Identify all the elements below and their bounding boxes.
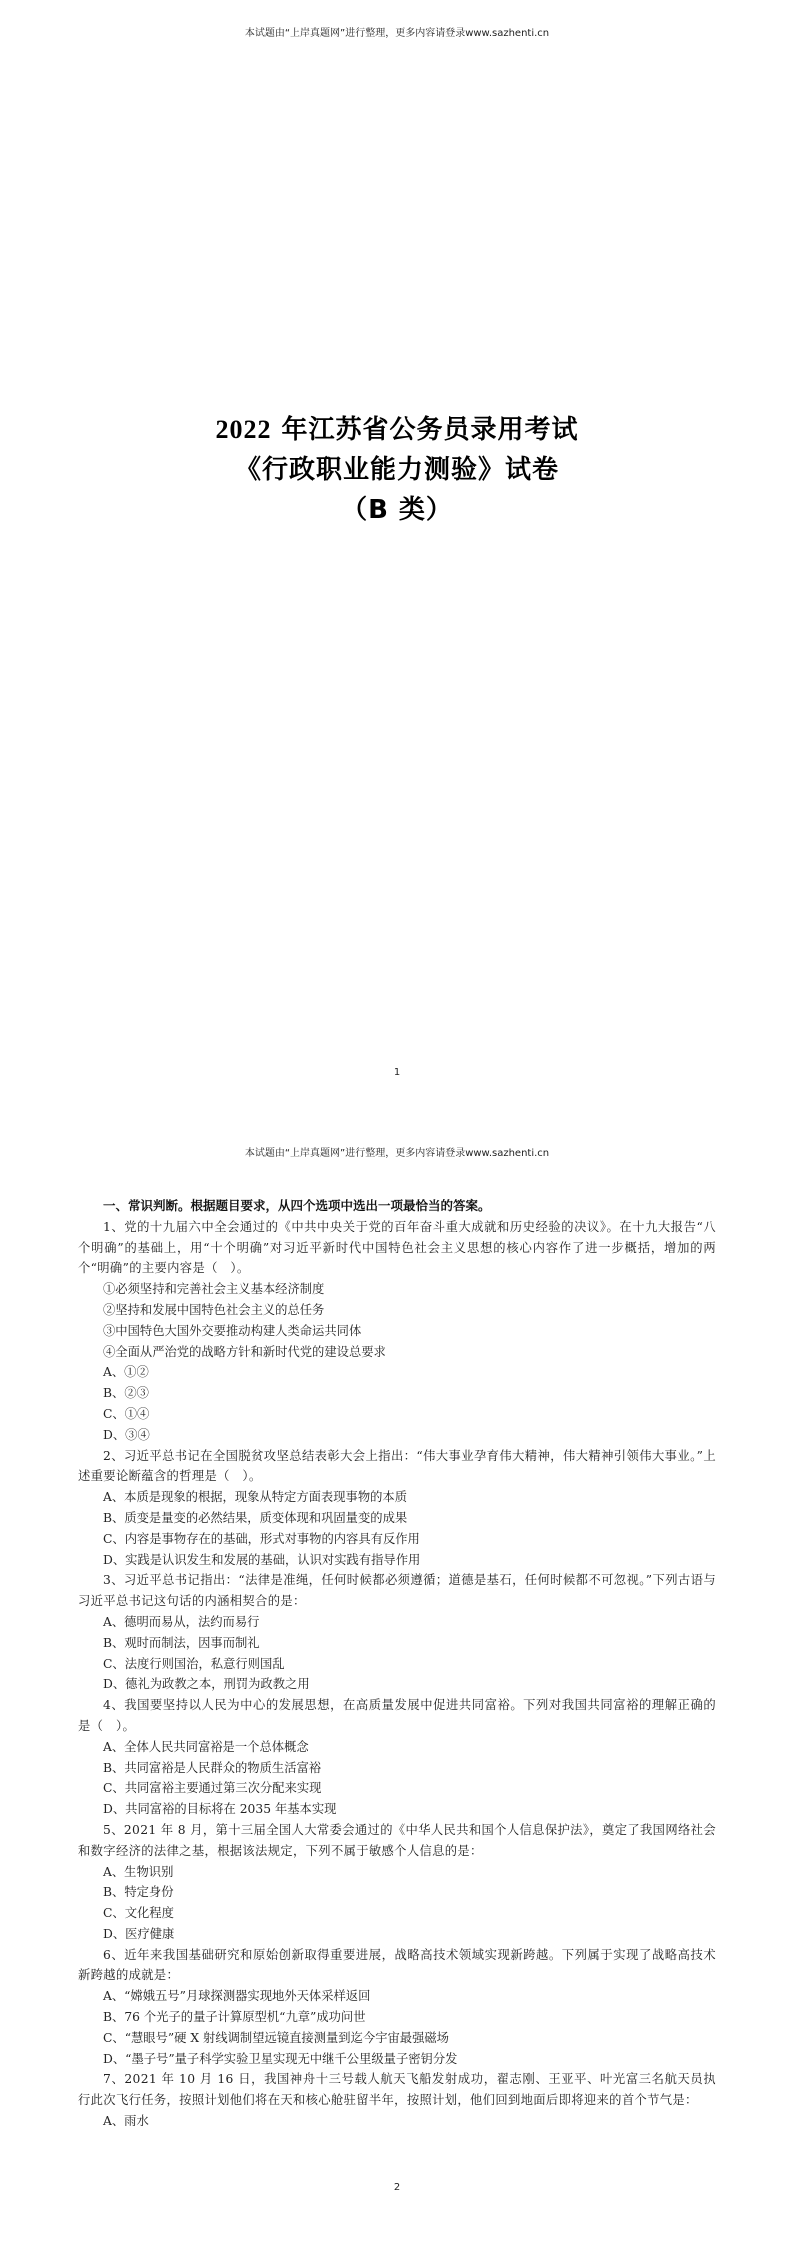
answer-option: A、①②	[78, 1362, 716, 1383]
answer-option: D、共同富裕的目标将在 2035 年基本实现	[78, 1799, 716, 1820]
answer-option: D、德礼为政教之本，刑罚为政教之用	[78, 1674, 716, 1695]
answer-option: C、文化程度	[78, 1903, 716, 1924]
question-block: 2、习近平总书记在全国脱贫攻坚总结表彰大会上指出：“伟大事业孕育伟大精神，伟大精…	[78, 1446, 716, 1571]
question-stem: 4、我国要坚持以人民为中心的发展思想，在高质量发展中促进共同富裕。下列对我国共同…	[78, 1695, 716, 1737]
question-block: 5、2021 年 8 月，第十三届全国人大常委会通过的《中华人民共和国个人信息保…	[78, 1820, 716, 1945]
question-stem: 1、党的十九届六中全会通过的《中共中央关于党的百年奋斗重大成就和历史经验的决议》…	[78, 1217, 716, 1279]
title-line-2: 《行政职业能力测验》试卷	[0, 450, 794, 490]
question-stem: 2、习近平总书记在全国脱贫攻坚总结表彰大会上指出：“伟大事业孕育伟大精神，伟大精…	[78, 1446, 716, 1488]
answer-option: D、③④	[78, 1425, 716, 1446]
question-block: 4、我国要坚持以人民为中心的发展思想，在高质量发展中促进共同富裕。下列对我国共同…	[78, 1695, 716, 1820]
question-statement: ①必须坚持和完善社会主义基本经济制度	[78, 1279, 716, 1300]
section-heading: 一、常识判断。根据题目要求，从四个选项中选出一项最恰当的答案。	[78, 1196, 716, 1217]
answer-option: A、生物识别	[78, 1862, 716, 1883]
answer-option: B、②③	[78, 1383, 716, 1404]
question-statement: ③中国特色大国外交要推动构建人类命运共同体	[78, 1321, 716, 1342]
title-line-1: 2022 年江苏省公务员录用考试	[0, 410, 794, 450]
answer-option: A、全体人民共同富裕是一个总体概念	[78, 1737, 716, 1758]
exam-title: 2022 年江苏省公务员录用考试 《行政职业能力测验》试卷 （B 类）	[0, 410, 794, 530]
question-block: 1、党的十九届六中全会通过的《中共中央关于党的百年奋斗重大成就和历史经验的决议》…	[78, 1217, 716, 1446]
question-content: 一、常识判断。根据题目要求，从四个选项中选出一项最恰当的答案。 1、党的十九届六…	[78, 1196, 716, 2132]
answer-option: C、“慧眼号”硬 X 射线调制望远镜直接测量到迄今宇宙最强磁场	[78, 2028, 716, 2049]
question-list: 1、党的十九届六中全会通过的《中共中央关于党的百年奋斗重大成就和历史经验的决议》…	[78, 1217, 716, 2132]
answer-option: A、“嫦娥五号”月球探测器实现地外天体采样返回	[78, 1986, 716, 2007]
question-block: 6、近年来我国基础研究和原始创新取得重要进展，战略高技术领域实现新跨越。下列属于…	[78, 1945, 716, 2070]
answer-option: D、“墨子号”量子科学实验卫星实现无中继千公里级量子密钥分发	[78, 2049, 716, 2070]
page-1-cover: 本试题由“上岸真题网”进行整理，更多内容请登录www.sazhenti.cn 2…	[0, 0, 794, 1100]
answer-option: B、共同富裕是人民群众的物质生活富裕	[78, 1758, 716, 1779]
watermark-header: 本试题由“上岸真题网”进行整理，更多内容请登录www.sazhenti.cn	[0, 24, 794, 39]
question-block: 7、2021 年 10 月 16 日，我国神舟十三号载人航天飞船发射成功，翟志刚…	[78, 2069, 716, 2131]
question-statement: ②坚持和发展中国特色社会主义的总任务	[78, 1300, 716, 1321]
title-line-3: （B 类）	[0, 490, 794, 530]
page-number: 1	[0, 1067, 794, 1078]
watermark-header: 本试题由“上岸真题网”进行整理，更多内容请登录www.sazhenti.cn	[0, 1144, 794, 1159]
answer-option: C、①④	[78, 1404, 716, 1425]
question-stem: 7、2021 年 10 月 16 日，我国神舟十三号载人航天飞船发射成功，翟志刚…	[78, 2069, 716, 2111]
answer-option: B、特定身份	[78, 1882, 716, 1903]
answer-option: A、雨水	[78, 2111, 716, 2132]
question-stem: 3、习近平总书记指出：“法律是准绳，任何时候都必须遵循；道德是基石，任何时候都不…	[78, 1570, 716, 1612]
title-year: 2022	[215, 415, 271, 444]
question-stem: 6、近年来我国基础研究和原始创新取得重要进展，战略高技术领域实现新跨越。下列属于…	[78, 1945, 716, 1987]
question-block: 3、习近平总书记指出：“法律是准绳，任何时候都必须遵循；道德是基石，任何时候都不…	[78, 1570, 716, 1695]
answer-option: C、共同富裕主要通过第三次分配来实现	[78, 1778, 716, 1799]
answer-option: A、德明而易从，法约而易行	[78, 1612, 716, 1633]
answer-option: B、76 个光子的量子计算原型机“九章”成功问世	[78, 2007, 716, 2028]
answer-option: D、实践是认识发生和发展的基础，认识对实践有指导作用	[78, 1550, 716, 1571]
question-stem: 5、2021 年 8 月，第十三届全国人大常委会通过的《中华人民共和国个人信息保…	[78, 1820, 716, 1862]
title-line-1-rest: 年江苏省公务员录用考试	[271, 415, 578, 445]
page-number: 2	[0, 2182, 794, 2193]
answer-option: B、质变是量变的必然结果，质变体现和巩固量变的成果	[78, 1508, 716, 1529]
answer-option: C、法度行则国治，私意行则国乱	[78, 1654, 716, 1675]
answer-option: B、观时而制法，因事而制礼	[78, 1633, 716, 1654]
question-statement: ④全面从严治党的战略方针和新时代党的建设总要求	[78, 1342, 716, 1363]
page-2-questions: 本试题由“上岸真题网”进行整理，更多内容请登录www.sazhenti.cn 一…	[0, 1110, 794, 2244]
answer-option: D、医疗健康	[78, 1924, 716, 1945]
answer-option: C、内容是事物存在的基础，形式对事物的内容具有反作用	[78, 1529, 716, 1550]
answer-option: A、本质是现象的根据，现象从特定方面表现事物的本质	[78, 1487, 716, 1508]
